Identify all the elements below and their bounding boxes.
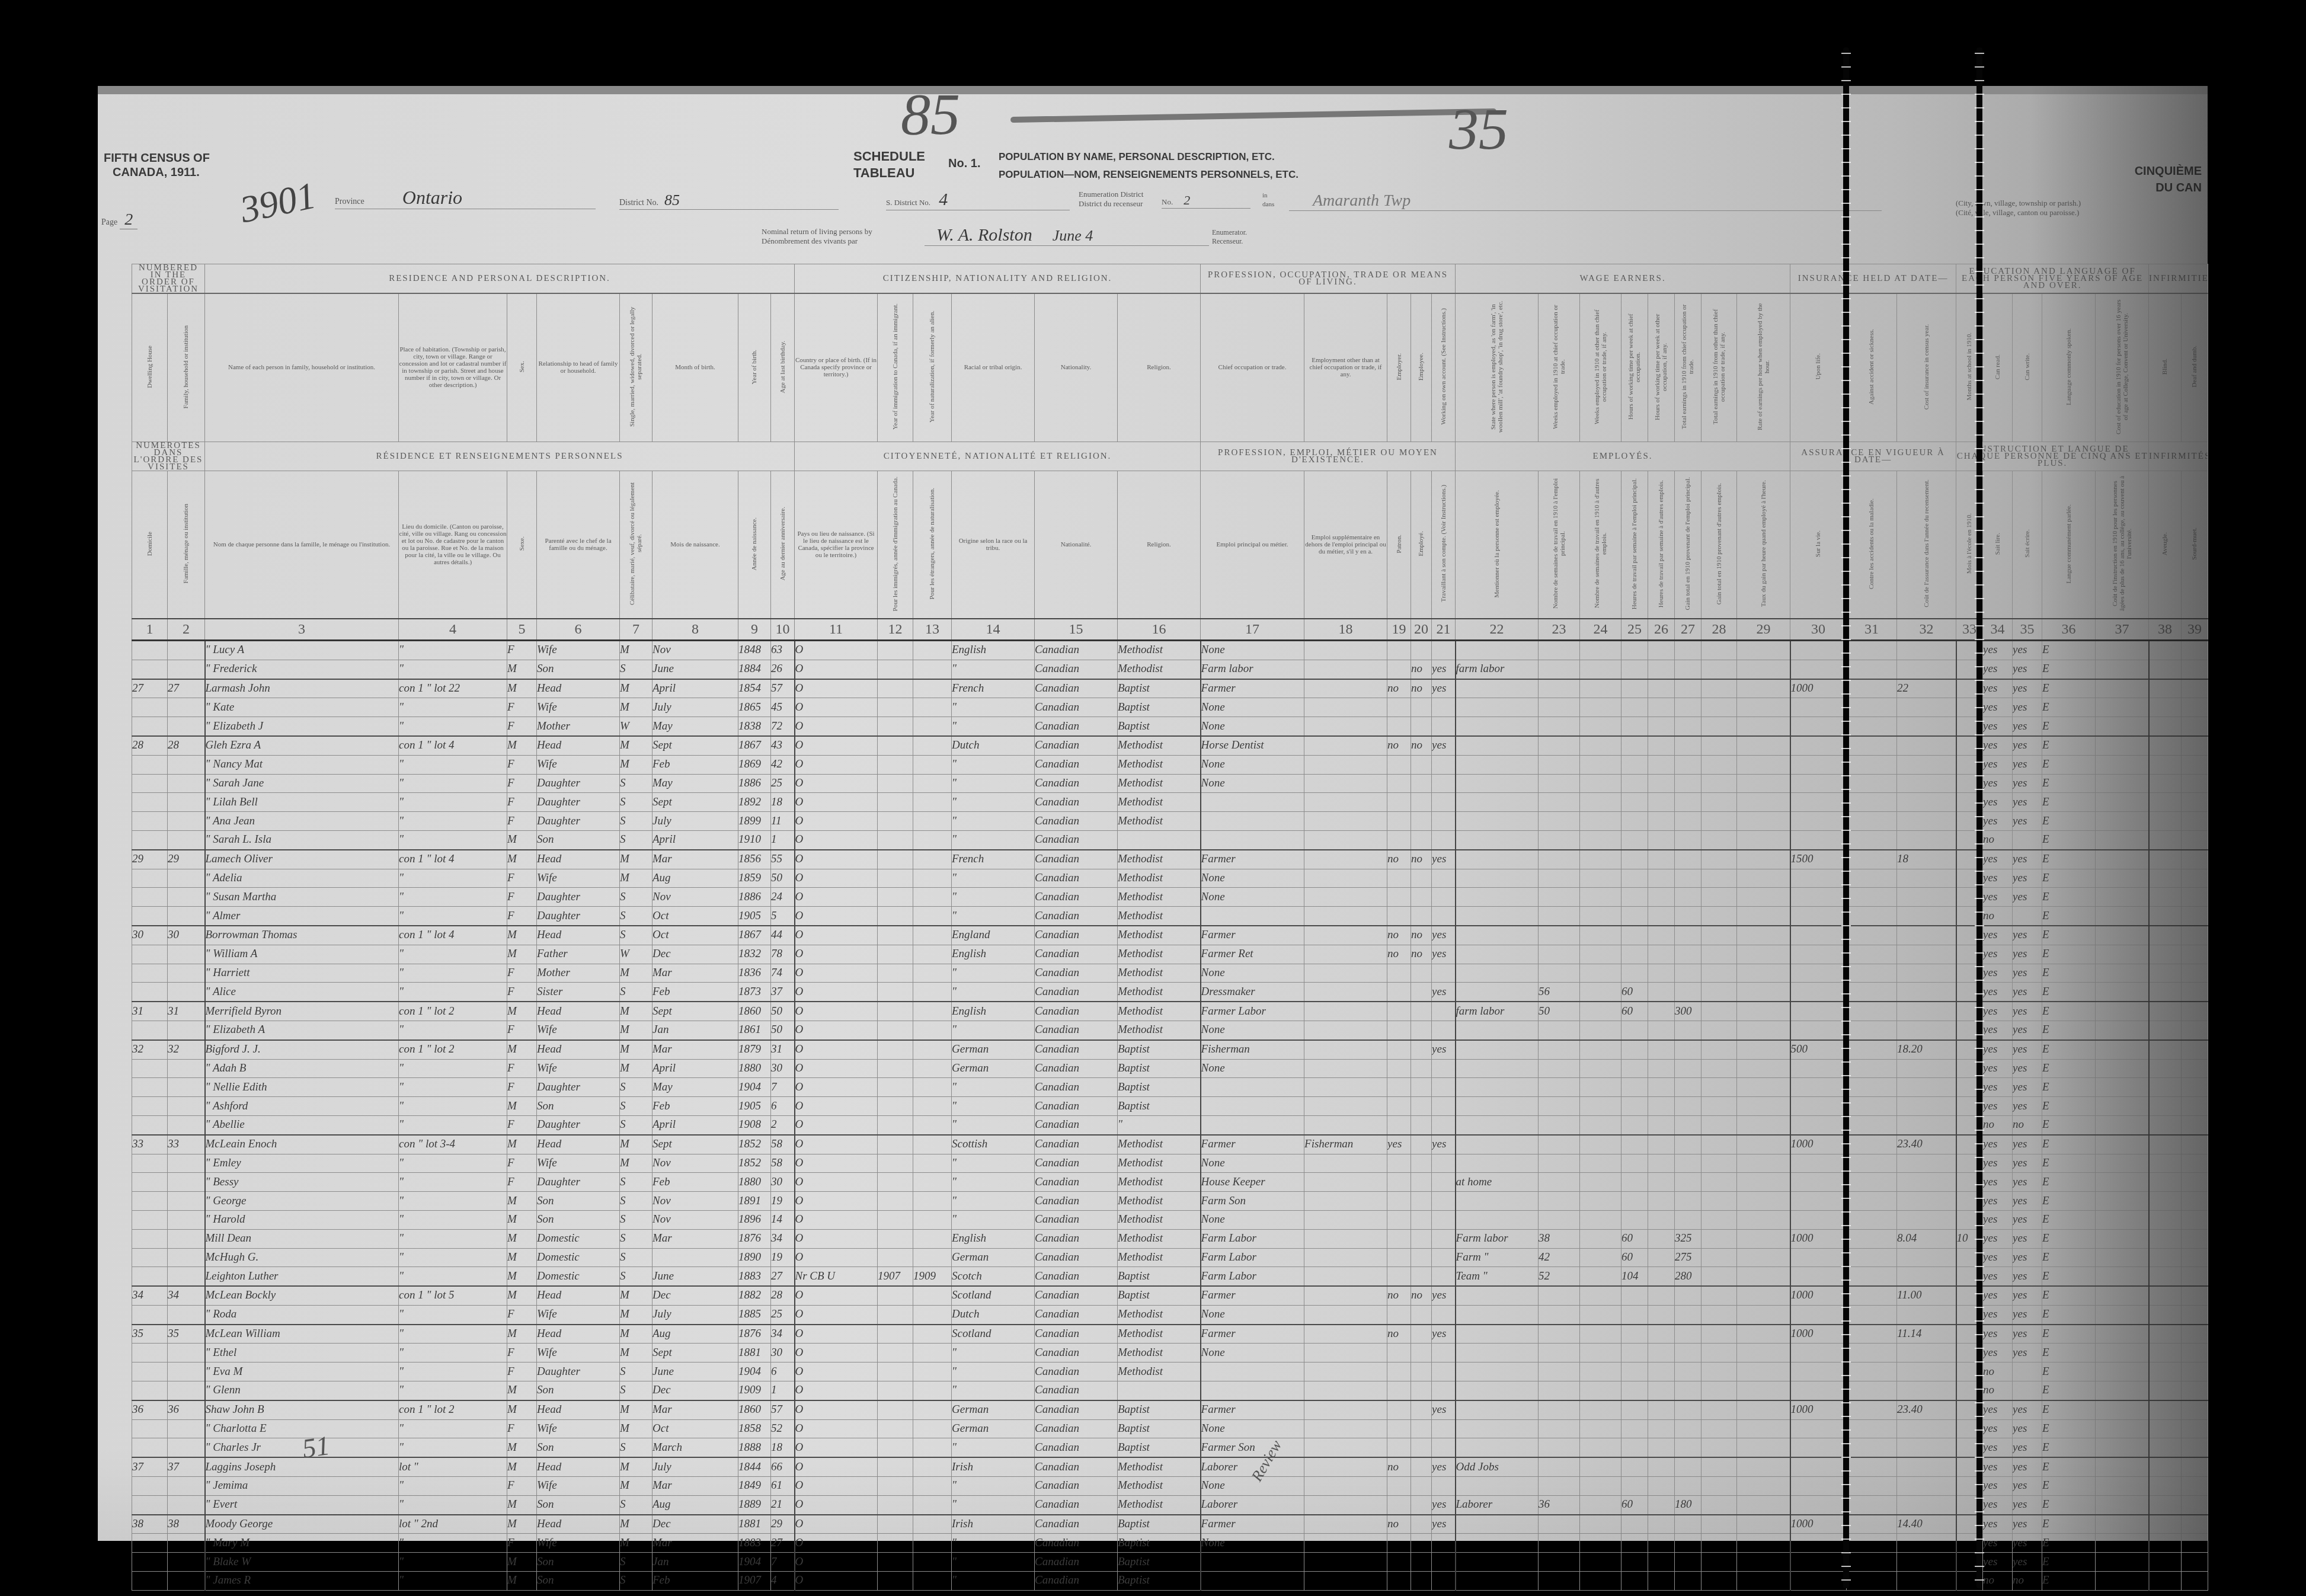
- cell-e1: [1675, 926, 1701, 945]
- cell-emp2: [1411, 1534, 1432, 1553]
- cell-h2: [1648, 1021, 1675, 1040]
- column-header-text: Deaf and dumb.: [2191, 346, 2198, 388]
- column-header-35-en: Can write.: [2013, 293, 2042, 442]
- cell-age: 18: [771, 1438, 795, 1457]
- cell-read: yes: [1983, 1229, 2013, 1248]
- cell-life: [1790, 660, 1847, 679]
- column-header-text: Dwelling House: [146, 346, 153, 388]
- cell-age: 1: [771, 830, 795, 849]
- cell-origin: ": [952, 660, 1035, 679]
- enumeration-no-value: 2: [1184, 193, 1190, 207]
- schedule-en: SCHEDULE: [853, 148, 925, 165]
- cell-birth: O: [795, 755, 878, 774]
- cell-dw: [132, 793, 168, 812]
- cell-e1: [1675, 698, 1701, 717]
- cell-w1: 42: [1539, 1248, 1580, 1267]
- cell-rel: Wife: [537, 698, 620, 717]
- cell-rel: Wife: [537, 1477, 620, 1496]
- census-sheet: FIFTH CENSUS OF CANADA, 1911. CINQUIÈME …: [98, 86, 2208, 1541]
- cell-birth: O: [795, 660, 878, 679]
- census-row: " Bessy"FDaughterSFeb188030O"CanadianMet…: [132, 1173, 2208, 1192]
- cell-nat_year: [913, 1097, 952, 1116]
- cell-where: [1456, 1553, 1539, 1572]
- cell-life: 1000: [1790, 1135, 1847, 1154]
- cell-edu: [2096, 1267, 2149, 1286]
- census-row: 2828Gleh Ezra Acon 1 " lot 4MHeadMSept18…: [132, 736, 2208, 755]
- cell-fam: [168, 1078, 205, 1097]
- cell-own: [1432, 1344, 1456, 1362]
- cell-rel: Son: [537, 660, 620, 679]
- cell-occ: None: [1201, 641, 1304, 660]
- cell-rel_: Methodist: [1118, 774, 1201, 793]
- cell-birth: O: [795, 1173, 878, 1192]
- cell-fam: 30: [168, 926, 205, 945]
- cell-cost: 23.40: [1897, 1400, 1956, 1419]
- cell-sex: F: [507, 983, 537, 1002]
- cell-lang: E: [2042, 1059, 2096, 1078]
- cell-sex: M: [507, 945, 537, 964]
- cell-year: 1891: [738, 1192, 771, 1211]
- cell-blind: [2149, 1286, 2182, 1305]
- cell-write: yes: [2013, 1344, 2042, 1362]
- cell-edu: [2096, 1495, 2149, 1514]
- cell-acc: [1847, 812, 1897, 831]
- cell-emp: [1387, 774, 1411, 793]
- cell-e2: [1701, 1438, 1737, 1457]
- cell-dw: 29: [132, 850, 168, 869]
- schedule-number: No. 1.: [948, 157, 980, 171]
- cell-rate: [1737, 1229, 1790, 1248]
- cell-lang: E: [2042, 660, 2096, 679]
- cell-place: ": [399, 1495, 507, 1514]
- cell-read: yes: [1983, 1021, 2013, 1040]
- cell-emp2: [1411, 774, 1432, 793]
- cell-age: 25: [771, 774, 795, 793]
- cell-w2: [1580, 945, 1621, 964]
- cell-age: 5: [771, 907, 795, 926]
- cell-w1: [1539, 793, 1580, 812]
- cell-origin: German: [952, 1248, 1035, 1267]
- cell-name: " Evert: [205, 1495, 399, 1514]
- cell-occ: [1201, 1381, 1304, 1400]
- cell-age: 58: [771, 1135, 795, 1154]
- cell-year: 1888: [738, 1438, 771, 1457]
- cell-birth: O: [795, 1572, 878, 1591]
- cell-occ: None: [1201, 698, 1304, 717]
- cell-nat: Canadian: [1035, 1097, 1118, 1116]
- cell-lang: E: [2042, 1400, 2096, 1419]
- cell-lang: E: [2042, 964, 2096, 983]
- cell-occ2: [1304, 812, 1387, 831]
- cell-occ: [1201, 1115, 1304, 1134]
- cell-rel: Mother: [537, 964, 620, 983]
- cell-edu: [2096, 830, 2149, 849]
- cell-occ2: [1304, 869, 1387, 888]
- cell-acc: [1847, 1229, 1897, 1248]
- cell-cond: M: [620, 1419, 653, 1438]
- cell-origin: French: [952, 679, 1035, 698]
- cell-e1: [1675, 1534, 1701, 1553]
- cell-w1: [1539, 1344, 1580, 1362]
- cell-nat: Canadian: [1035, 869, 1118, 888]
- cell-own: [1432, 1438, 1456, 1457]
- cell-w1: [1539, 1362, 1580, 1381]
- cell-occ: Farmer: [1201, 679, 1304, 698]
- cell-emp: [1387, 1381, 1411, 1400]
- cell-e1: [1675, 755, 1701, 774]
- cell-w1: [1539, 1115, 1580, 1134]
- cell-cost: [1897, 1344, 1956, 1362]
- cell-life: [1790, 1097, 1847, 1116]
- cell-read: yes: [1983, 736, 2013, 755]
- cell-rate: [1737, 660, 1790, 679]
- cell-cond: S: [620, 1495, 653, 1514]
- cell-rel_: [1118, 830, 1201, 849]
- cell-h2: [1648, 1173, 1675, 1192]
- cell-edu: [2096, 1419, 2149, 1438]
- cell-sex: M: [507, 1457, 537, 1476]
- cell-emp: no: [1387, 945, 1411, 964]
- cell-year: 1885: [738, 1305, 771, 1324]
- cell-occ: Farmer Ret: [1201, 945, 1304, 964]
- cell-cost: [1897, 793, 1956, 812]
- cell-imm: [878, 717, 913, 736]
- page-stamp: 3901: [236, 174, 320, 232]
- cell-write: yes: [2013, 1078, 2042, 1097]
- cell-occ2: [1304, 1495, 1387, 1514]
- cell-cond: S: [620, 1078, 653, 1097]
- cell-where: farm labor: [1456, 660, 1539, 679]
- cell-dw: [132, 907, 168, 926]
- cell-imm: [878, 1210, 913, 1229]
- cell-birth: O: [795, 1248, 878, 1267]
- enumeration-no-label: No.: [1162, 197, 1173, 206]
- cell-dw: [132, 812, 168, 831]
- cell-month: Sept: [653, 1135, 738, 1154]
- cell-life: [1790, 1457, 1847, 1476]
- cell-own: yes: [1432, 945, 1456, 964]
- column-header-17-en: Chief occupation or trade.: [1201, 293, 1304, 442]
- cell-emp: no: [1387, 1457, 1411, 1476]
- cell-rel: Wife: [537, 1059, 620, 1078]
- cell-nat: Canadian: [1035, 1173, 1118, 1192]
- census-row: " Alice"FSisterSFeb187337O"CanadianMetho…: [132, 983, 2208, 1002]
- cell-h2: [1648, 869, 1675, 888]
- cell-emp2: [1411, 793, 1432, 812]
- cell-cost: [1897, 1495, 1956, 1514]
- cell-life: 1000: [1790, 1229, 1847, 1248]
- cell-year: 1910: [738, 830, 771, 849]
- cell-birth: O: [795, 907, 878, 926]
- cell-emp2: [1411, 1477, 1432, 1496]
- cell-deaf: [2182, 888, 2208, 907]
- cell-rate: [1737, 1286, 1790, 1305]
- cell-deaf: [2182, 1305, 2208, 1324]
- cell-deaf: [2182, 1002, 2208, 1021]
- cell-w2: [1580, 1305, 1621, 1324]
- cell-blind: [2149, 1477, 2182, 1496]
- cell-w1: [1539, 1135, 1580, 1154]
- cell-h1: 60: [1621, 1229, 1648, 1248]
- place-value: Amaranth Twp: [1313, 191, 1411, 210]
- cell-own: [1432, 641, 1456, 660]
- cell-emp2: [1411, 1419, 1432, 1438]
- cell-nat_year: [913, 983, 952, 1002]
- column-header-31-fr: Contre les accidents ou la maladie.: [1847, 471, 1897, 619]
- cell-blind: [2149, 888, 2182, 907]
- column-number: 1: [132, 619, 168, 641]
- cell-deaf: [2182, 717, 2208, 736]
- cell-edu: [2096, 679, 2149, 698]
- cell-occ: Laborer: [1201, 1457, 1304, 1476]
- cell-origin: ": [952, 1381, 1035, 1400]
- cell-e2: [1701, 888, 1737, 907]
- cell-emp2: [1411, 1154, 1432, 1173]
- cell-deaf: [2182, 1210, 2208, 1229]
- cell-sex: M: [507, 1495, 537, 1514]
- cell-edu: [2096, 698, 2149, 717]
- cell-w2: [1580, 1097, 1621, 1116]
- cell-emp: no: [1387, 926, 1411, 945]
- cell-emp: [1387, 1534, 1411, 1553]
- cell-origin: German: [952, 1059, 1035, 1078]
- cell-year: 1867: [738, 926, 771, 945]
- cell-cost: [1897, 907, 1956, 926]
- cell-birth: O: [795, 736, 878, 755]
- cell-edu: [2096, 1553, 2149, 1572]
- cell-nat_year: [913, 1286, 952, 1305]
- column-number: 22: [1456, 619, 1539, 641]
- cell-h2: [1648, 1078, 1675, 1097]
- cell-emp: [1387, 1021, 1411, 1040]
- cell-e2: [1701, 1154, 1737, 1173]
- cell-origin: Dutch: [952, 736, 1035, 755]
- cell-h2: [1648, 1040, 1675, 1059]
- cell-imm: [878, 1021, 913, 1040]
- cell-edu: [2096, 812, 2149, 831]
- cell-e1: [1675, 774, 1701, 793]
- cell-h1: [1621, 888, 1648, 907]
- cell-w2: [1580, 1344, 1621, 1362]
- cell-occ2: [1304, 1286, 1387, 1305]
- cell-occ: Farm Son: [1201, 1192, 1304, 1211]
- cell-h1: [1621, 1477, 1648, 1496]
- cell-year: 1861: [738, 1021, 771, 1040]
- cell-e2: [1701, 869, 1737, 888]
- cell-month: Dec: [653, 1286, 738, 1305]
- cell-dw: [132, 1438, 168, 1457]
- cell-imm: [878, 1059, 913, 1078]
- cell-dw: [132, 1344, 168, 1362]
- cell-life: [1790, 793, 1847, 812]
- cell-life: 1000: [1790, 1325, 1847, 1344]
- cell-rel_: Methodist: [1118, 1495, 1201, 1514]
- cell-h1: [1621, 830, 1648, 849]
- cell-own: yes: [1432, 1286, 1456, 1305]
- cell-h1: [1621, 1381, 1648, 1400]
- cell-deaf: [2182, 1173, 2208, 1192]
- cell-e2: [1701, 717, 1737, 736]
- column-number: 4: [399, 619, 507, 641]
- cell-where: [1456, 698, 1539, 717]
- cell-cond: S: [620, 793, 653, 812]
- cell-blind: [2149, 1059, 2182, 1078]
- cell-e2: [1701, 755, 1737, 774]
- cell-fam: [168, 830, 205, 849]
- cell-own: [1432, 1002, 1456, 1021]
- column-header-39-fr: Sourd-muet.: [2182, 471, 2208, 619]
- cell-own: [1432, 1210, 1456, 1229]
- cell-imm: [878, 1477, 913, 1496]
- cell-read: yes: [1983, 698, 2013, 717]
- cell-month: April: [653, 1059, 738, 1078]
- cell-h1: [1621, 698, 1648, 717]
- column-header-36-fr: Langue communément parlée.: [2042, 471, 2096, 619]
- cell-cond: M: [620, 1021, 653, 1040]
- column-header-1-fr: Domicile: [132, 471, 168, 619]
- cell-blind: [2149, 1192, 2182, 1211]
- cell-place: ": [399, 1305, 507, 1324]
- cell-occ: [1201, 1078, 1304, 1097]
- cell-emp: no: [1387, 1515, 1411, 1534]
- cell-origin: ": [952, 698, 1035, 717]
- cell-emp: [1387, 983, 1411, 1002]
- cell-blind: [2149, 1534, 2182, 1553]
- cell-e1: [1675, 945, 1701, 964]
- cell-lang: E: [2042, 1154, 2096, 1173]
- cell-nat: Canadian: [1035, 1248, 1118, 1267]
- column-header-37-en: Cost of education in 1910 for persons ov…: [2096, 293, 2149, 442]
- cell-rel_: Methodist: [1118, 1325, 1201, 1344]
- cell-sex: F: [507, 1305, 537, 1324]
- cell-deaf: [2182, 1362, 2208, 1381]
- cell-occ2: [1304, 1362, 1387, 1381]
- cell-acc: [1847, 1362, 1897, 1381]
- column-header-28-en: Total earnings in 1910 from other than c…: [1701, 293, 1737, 442]
- cell-rate: [1737, 850, 1790, 869]
- cell-emp2: [1411, 1210, 1432, 1229]
- cell-emp2: [1411, 1381, 1432, 1400]
- column-header-text: State where person is employed, as 'on f…: [1490, 299, 1504, 435]
- cell-month: July: [653, 698, 738, 717]
- cell-month: Aug: [653, 1325, 738, 1344]
- census-row: " Elizabeth A"FWifeMJan186150O"CanadianM…: [132, 1021, 2208, 1040]
- cell-sex: M: [507, 1002, 537, 1021]
- cell-dw: [132, 888, 168, 907]
- cell-life: [1790, 1192, 1847, 1211]
- cell-month: Feb: [653, 755, 738, 774]
- cell-emp: [1387, 755, 1411, 774]
- section-residence-en: RESIDENCE AND PERSONAL DESCRIPTION.: [205, 264, 795, 294]
- cell-read: yes: [1983, 1154, 2013, 1173]
- cell-occ: Farm Labor: [1201, 1267, 1304, 1286]
- cell-edu: [2096, 1515, 2149, 1534]
- cell-emp: no: [1387, 1325, 1411, 1344]
- cell-name: McLean William: [205, 1325, 399, 1344]
- cell-edu: [2096, 1534, 2149, 1553]
- cell-w2: [1580, 1362, 1621, 1381]
- column-header-text: Origine selon la race ou la tribu.: [959, 538, 1028, 552]
- column-header-text: Nombre de semaines de travail en 1910 à …: [1552, 475, 1566, 612]
- cell-deaf: [2182, 1553, 2208, 1572]
- cell-h2: [1648, 1534, 1675, 1553]
- cell-h1: [1621, 1040, 1648, 1059]
- cell-write: yes: [2013, 1154, 2042, 1173]
- cell-rel: Domestic: [537, 1267, 620, 1286]
- cell-e1: [1675, 1553, 1701, 1572]
- cell-where: [1456, 1344, 1539, 1362]
- cell-emp: [1387, 1173, 1411, 1192]
- cell-cost: [1897, 812, 1956, 831]
- cell-origin: ": [952, 774, 1035, 793]
- cell-w1: [1539, 1381, 1580, 1400]
- cell-h1: [1621, 755, 1648, 774]
- column-header-text: Weeks employed in 1910 at chief occupati…: [1552, 299, 1566, 435]
- cell-read: yes: [1983, 774, 2013, 793]
- cell-life: [1790, 1572, 1847, 1591]
- census-row: " Blake W"MSonSJan19047O"CanadianBaptist…: [132, 1553, 2208, 1572]
- cell-fam: [168, 1154, 205, 1173]
- cell-e1: [1675, 1154, 1701, 1173]
- cell-blind: [2149, 1515, 2182, 1534]
- cell-life: [1790, 1344, 1847, 1362]
- cell-w2: [1580, 1381, 1621, 1400]
- column-header-16-en: Religion.: [1118, 293, 1201, 442]
- cell-year: 1904: [738, 1362, 771, 1381]
- cell-birth: O: [795, 1192, 878, 1211]
- cell-emp2: [1411, 1135, 1432, 1154]
- cell-emp: [1387, 1362, 1411, 1381]
- cell-cost: [1897, 774, 1956, 793]
- cell-w2: [1580, 1495, 1621, 1514]
- cell-year: 1890: [738, 1248, 771, 1267]
- cell-w1: 52: [1539, 1267, 1580, 1286]
- cell-e2: [1701, 1192, 1737, 1211]
- cell-h1: [1621, 717, 1648, 736]
- cell-emp: [1387, 1572, 1411, 1591]
- enumerator-label-fr: Recenseur.: [1212, 237, 1247, 246]
- cell-emp2: [1411, 1097, 1432, 1116]
- cell-read: yes: [1983, 679, 2013, 698]
- cell-w1: [1539, 1154, 1580, 1173]
- cell-dw: [132, 1192, 168, 1211]
- cell-h1: [1621, 1021, 1648, 1040]
- cell-emp: [1387, 1248, 1411, 1267]
- cell-life: [1790, 1438, 1847, 1457]
- cell-birth: O: [795, 983, 878, 1002]
- cell-nat_year: [913, 1457, 952, 1476]
- cell-birth: O: [795, 1344, 878, 1362]
- enumeration-district-label: Enumeration District District du recense…: [1079, 190, 1143, 209]
- cell-age: 27: [771, 1267, 795, 1286]
- cell-name: McLean Bockly: [205, 1286, 399, 1305]
- cell-rate: [1737, 907, 1790, 926]
- cell-emp2: [1411, 1400, 1432, 1419]
- cell-birth: O: [795, 869, 878, 888]
- cell-h2: [1648, 945, 1675, 964]
- cell-occ: None: [1201, 869, 1304, 888]
- cell-h1: [1621, 1457, 1648, 1476]
- cell-acc: [1847, 964, 1897, 983]
- cell-e2: [1701, 983, 1737, 1002]
- cell-h1: [1621, 679, 1648, 698]
- census-row: " Adah B"FWifeMApril188030OGermanCanadia…: [132, 1059, 2208, 1078]
- cell-year: 1909: [738, 1381, 771, 1400]
- cell-origin: ": [952, 1210, 1035, 1229]
- cell-age: 6: [771, 1097, 795, 1116]
- cell-age: 30: [771, 1173, 795, 1192]
- column-header-text: Gain total en 1910 provenant de l'emploi…: [1684, 477, 1691, 610]
